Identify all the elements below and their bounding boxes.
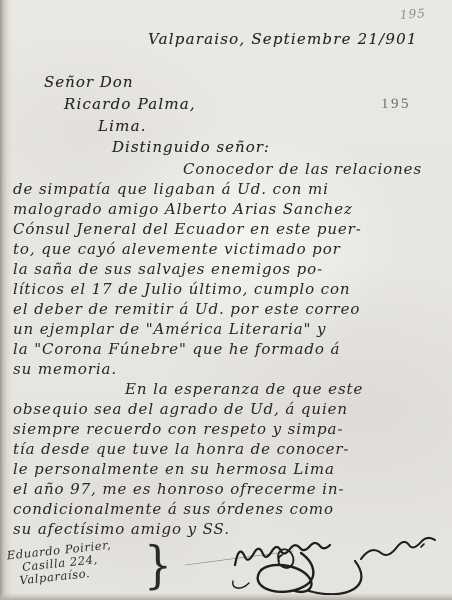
recipient-city: Lima. — [98, 117, 147, 135]
brace-mark: } — [144, 536, 172, 595]
letter-line: tía desde que tuve la honra de conocer- — [13, 439, 445, 459]
letter-line: malogrado amigo Alberto Arias Sanchez — [13, 199, 445, 219]
recipient-title: Señor Don — [44, 73, 134, 91]
letter-line: Conocedor de las relaciones — [13, 159, 445, 179]
letter-line: su memoria. — [13, 359, 445, 379]
salutation: Distinguido señor: — [112, 138, 270, 156]
letter-line: Cónsul Jeneral del Ecuador en este puer- — [13, 219, 445, 239]
stamped-page-number: 195 — [381, 96, 411, 113]
letter-line: un ejemplar de "América Literaria" y — [13, 319, 445, 339]
letter-line: le personalmente en su hermosa Lima — [13, 459, 445, 479]
letter-line: condicionalmente á sus órdenes como — [13, 499, 445, 519]
signature-flourish: Eduardo Poirier — [183, 531, 441, 595]
letter-line: el deber de remitir á Ud. por este corre… — [13, 299, 445, 319]
recipient-name: Ricardo Palma, — [64, 95, 196, 113]
dateline: Valparaiso, Septiembre 21/901 — [148, 30, 418, 48]
letter-line: la saña de sus salvajes enemigos po- — [13, 259, 445, 279]
letter-line: obsequio sea del agrado de Ud, á quien — [13, 399, 445, 419]
letter-line: la "Corona Fúnebre" que he formado á — [13, 339, 445, 359]
letter-line: siempre recuerdo con respeto y simpa- — [13, 419, 445, 439]
letter-line: de simpatía que ligaban á Ud. con mi — [13, 179, 445, 199]
letter-line: En la esperanza de que este — [13, 379, 445, 399]
letter-page: { "colors": { "paper": "#eae8e3", "ink":… — [0, 0, 452, 600]
letter-line: el año 97, me es honroso ofrecerme in- — [13, 479, 445, 499]
pencil-page-number: 195 — [400, 6, 427, 22]
letter-line: líticos el 17 de Julio último, cumplo co… — [13, 279, 445, 299]
sender-address-block: Eduardo Poirier, Casilla 224, Valparaíso… — [6, 539, 114, 589]
letter-line: to, que cayó alevemente victimado por — [13, 239, 445, 259]
letter-body: Conocedor de las relaciones de simpatía … — [13, 159, 445, 539]
scan-edge-shadow-left — [0, 0, 12, 600]
